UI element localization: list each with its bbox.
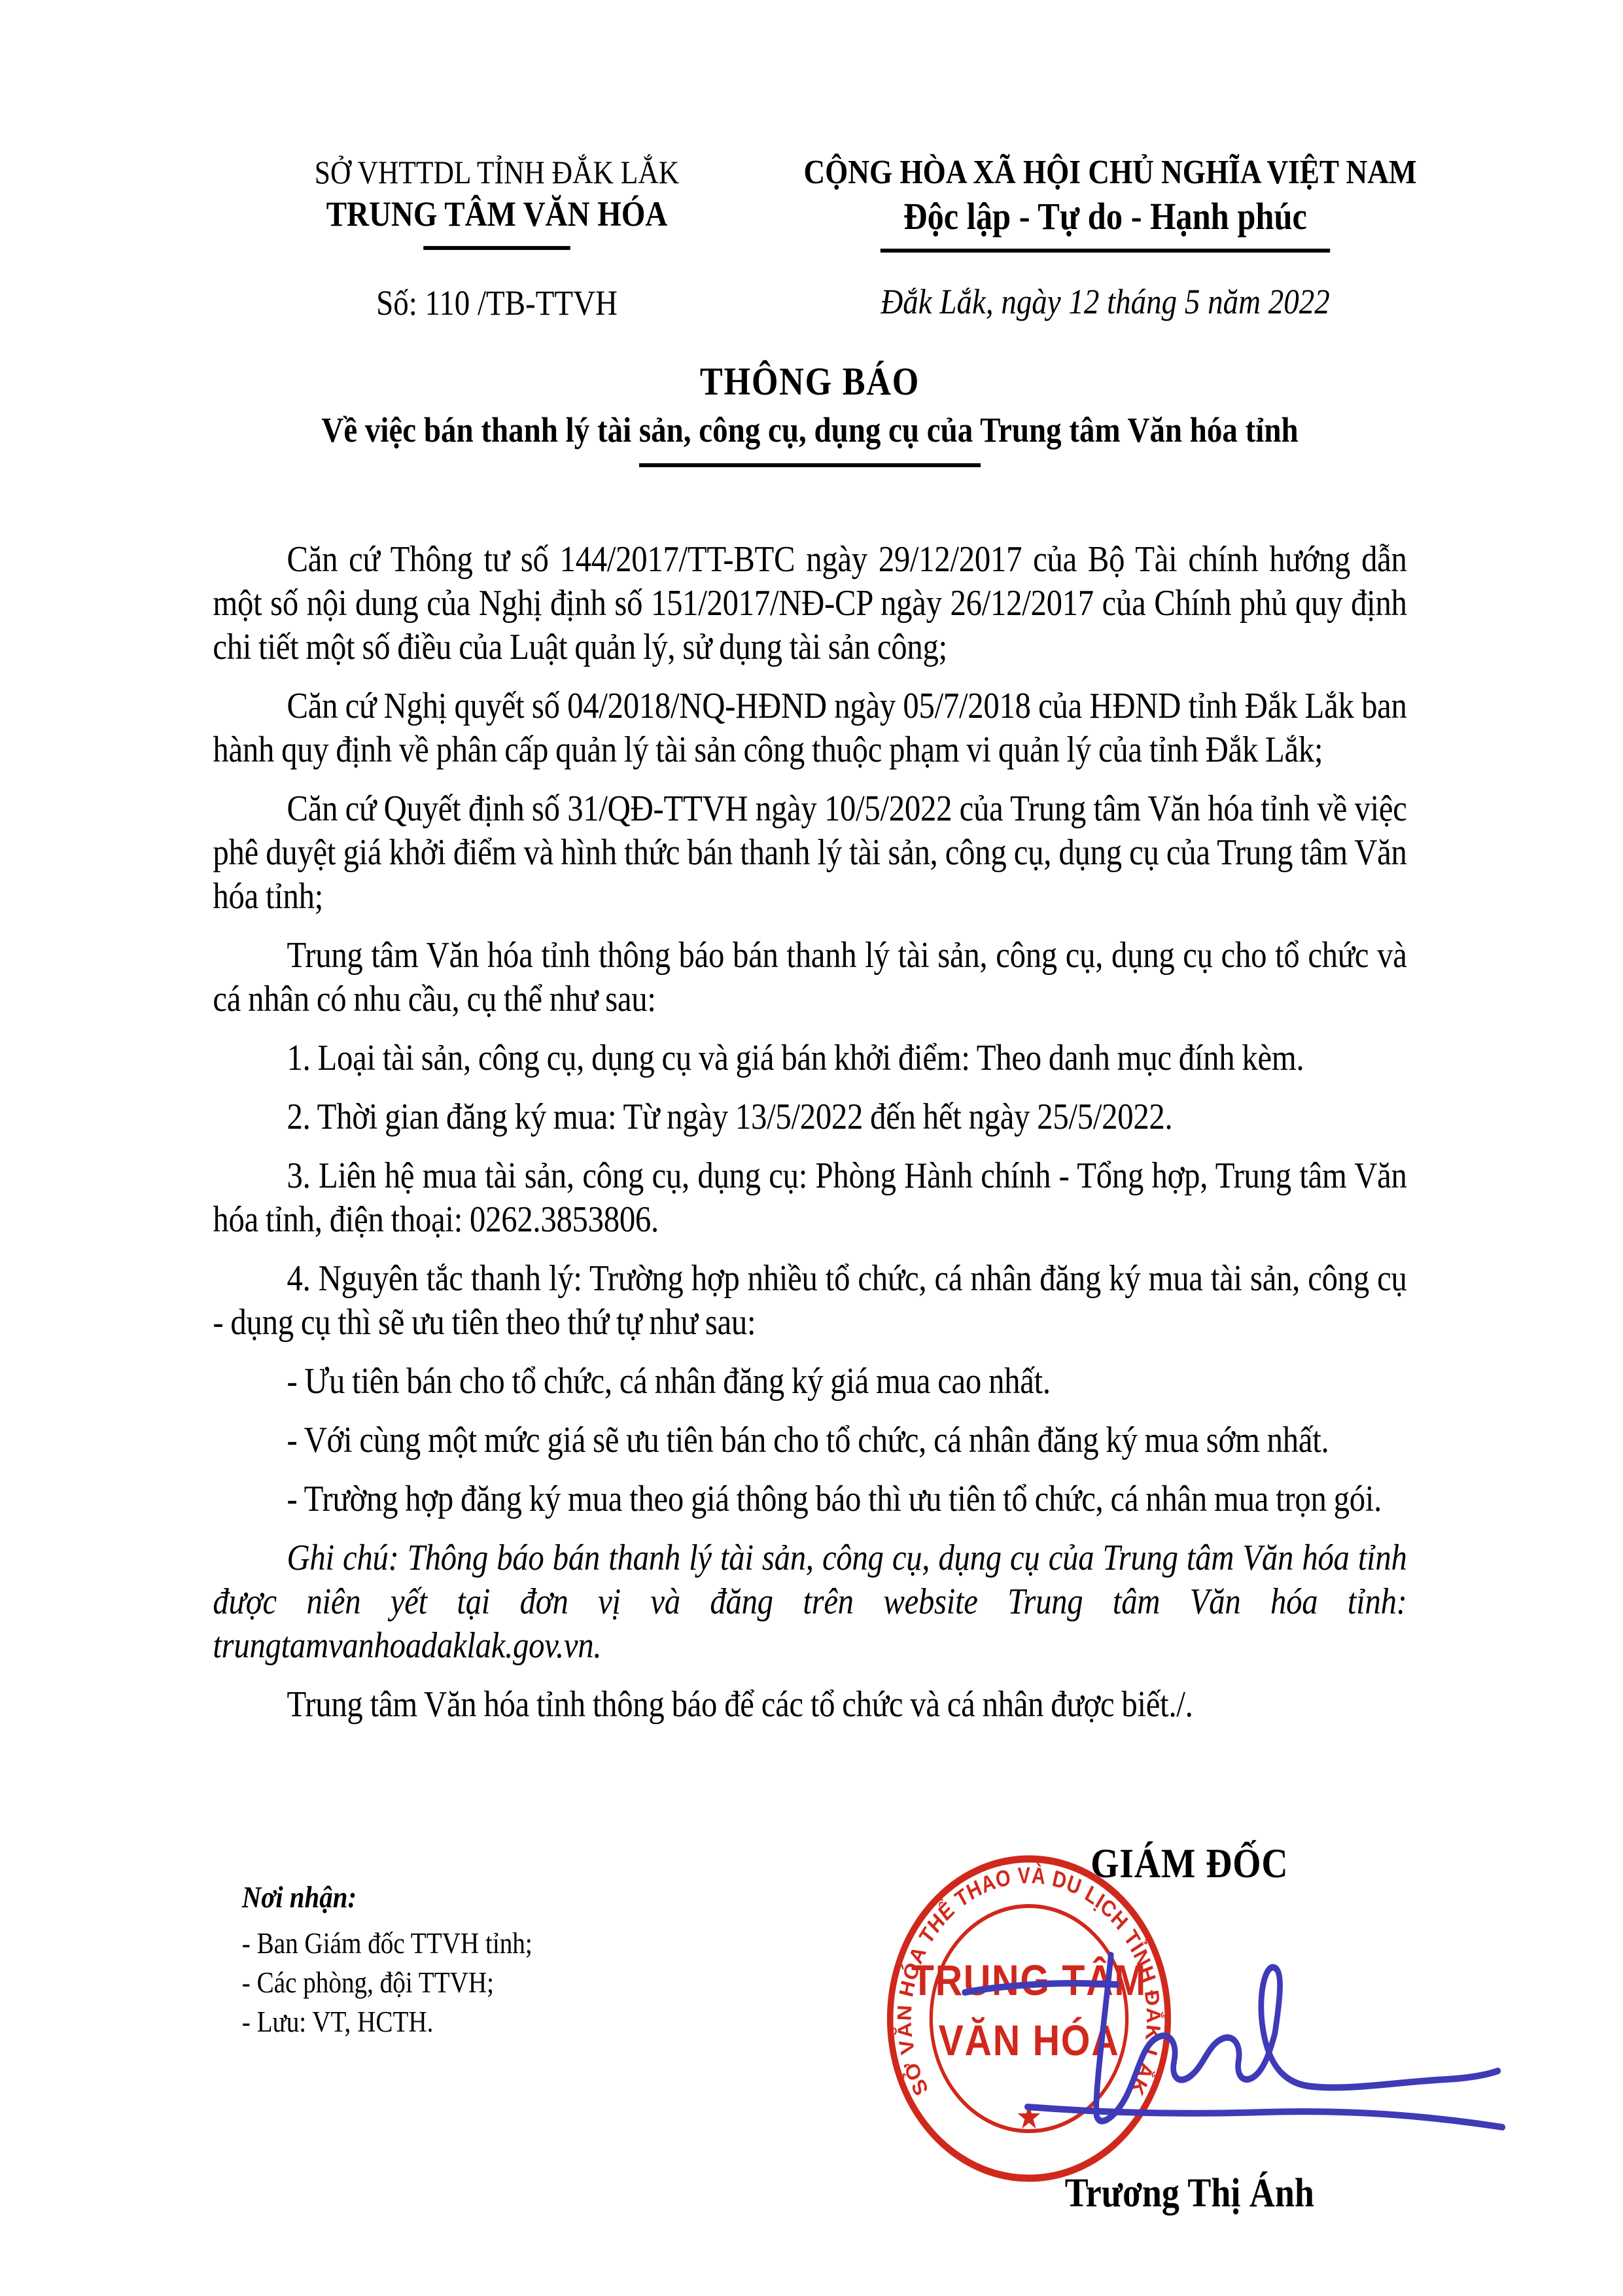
bullet-item: - Với cùng một mức giá sẽ ưu tiên bán ch…: [213, 1419, 1406, 1462]
national-motto: Độc lập - Tự do - Hạnh phúc: [803, 194, 1406, 239]
recipients-label: Nơi nhận:: [242, 1878, 532, 1917]
list-item: 4. Nguyên tắc thanh lý: Trường hợp nhiều…: [213, 1257, 1406, 1345]
doc-subject: Về việc bán thanh lý tài sản, công cụ, d…: [213, 408, 1406, 451]
motto-underline: [881, 249, 1330, 253]
doc-number: Số: 110 /TB-TTVH: [213, 281, 780, 325]
paragraph: Căn cứ Nghị quyết số 04/2018/NQ-HĐND ngà…: [213, 684, 1406, 772]
doc-title: THÔNG BÁO: [213, 359, 1406, 404]
closing-paragraph: Trung tâm Văn hóa tỉnh thông báo để các …: [213, 1683, 1406, 1727]
bullet-item: - Trường hợp đăng ký mua theo giá thông …: [213, 1477, 1406, 1521]
recipient-item: - Các phòng, đội TTVH;: [242, 1963, 532, 2002]
org-underline: [423, 246, 570, 250]
list-item: 1. Loại tài sản, công cụ, dụng cụ và giá…: [213, 1036, 1406, 1080]
signature-cross-stroke: [965, 1983, 1117, 1992]
bullet-item: - Ưu tiên bán cho tổ chức, cá nhân đăng …: [213, 1360, 1406, 1404]
signer-name: Trương Thị Ánh: [905, 2170, 1474, 2217]
document-header: SỞ VHTTDL TỈNH ĐẮK LẮK TRUNG TÂM VĂN HÓA…: [213, 152, 1406, 325]
list-item: 3. Liên hệ mua tài sản, công cụ, dụng cụ…: [213, 1154, 1406, 1242]
national-header-block: CỘNG HÒA XÃ HỘI CHỦ NGHĨA VIỆT NAM Độc l…: [803, 152, 1406, 323]
paragraph: Căn cứ Quyết định số 31/QĐ-TTVH ngày 10/…: [213, 787, 1406, 919]
place-date: Đắk Lắk, ngày 12 tháng 5 năm 2022: [803, 280, 1406, 323]
national-title: CỘNG HÒA XÃ HỘI CHỦ NGHĨA VIỆT NAM: [803, 152, 1406, 194]
paragraph: Căn cứ Thông tư số 144/2017/TT-BTC ngày …: [213, 538, 1406, 669]
issuing-org-block: SỞ VHTTDL TỈNH ĐẮK LẮK TRUNG TÂM VĂN HÓA…: [213, 152, 780, 325]
scanned-content: SỞ VHTTDL TỈNH ĐẮK LẮK TRUNG TÂM VĂN HÓA…: [0, 0, 1623, 2296]
document-content: SỞ VHTTDL TỈNH ĐẮK LẮK TRUNG TÂM VĂN HÓA…: [213, 152, 1406, 1742]
org-parent: SỞ VHTTDL TỈNH ĐẮK LẮK: [213, 152, 780, 192]
recipients-block: Nơi nhận: - Ban Giám đốc TTVH tỉnh; - Cá…: [242, 1878, 532, 2041]
recipient-item: - Ban Giám đốc TTVH tỉnh;: [242, 1924, 532, 1963]
signature-main-stroke: [1096, 1955, 1498, 2121]
recipient-item: - Lưu: VT, HCTH.: [242, 2002, 532, 2041]
document-page: SỞ VHTTDL TỈNH ĐẮK LẮK TRUNG TÂM VĂN HÓA…: [0, 0, 1623, 2296]
subject-underline: [639, 463, 981, 467]
list-item: 2. Thời gian đăng ký mua: Từ ngày 13/5/2…: [213, 1095, 1406, 1139]
body-text: Căn cứ Thông tư số 144/2017/TT-BTC ngày …: [213, 538, 1406, 1727]
note-paragraph: Ghi chú: Thông báo bán thanh lý tài sản,…: [213, 1536, 1406, 1668]
title-block: THÔNG BÁO Về việc bán thanh lý tài sản, …: [213, 359, 1406, 467]
paragraph: Trung tâm Văn hóa tỉnh thông báo bán tha…: [213, 934, 1406, 1021]
signature-scribble: [911, 1911, 1537, 2146]
org-name: TRUNG TÂM VĂN HÓA: [213, 192, 780, 236]
